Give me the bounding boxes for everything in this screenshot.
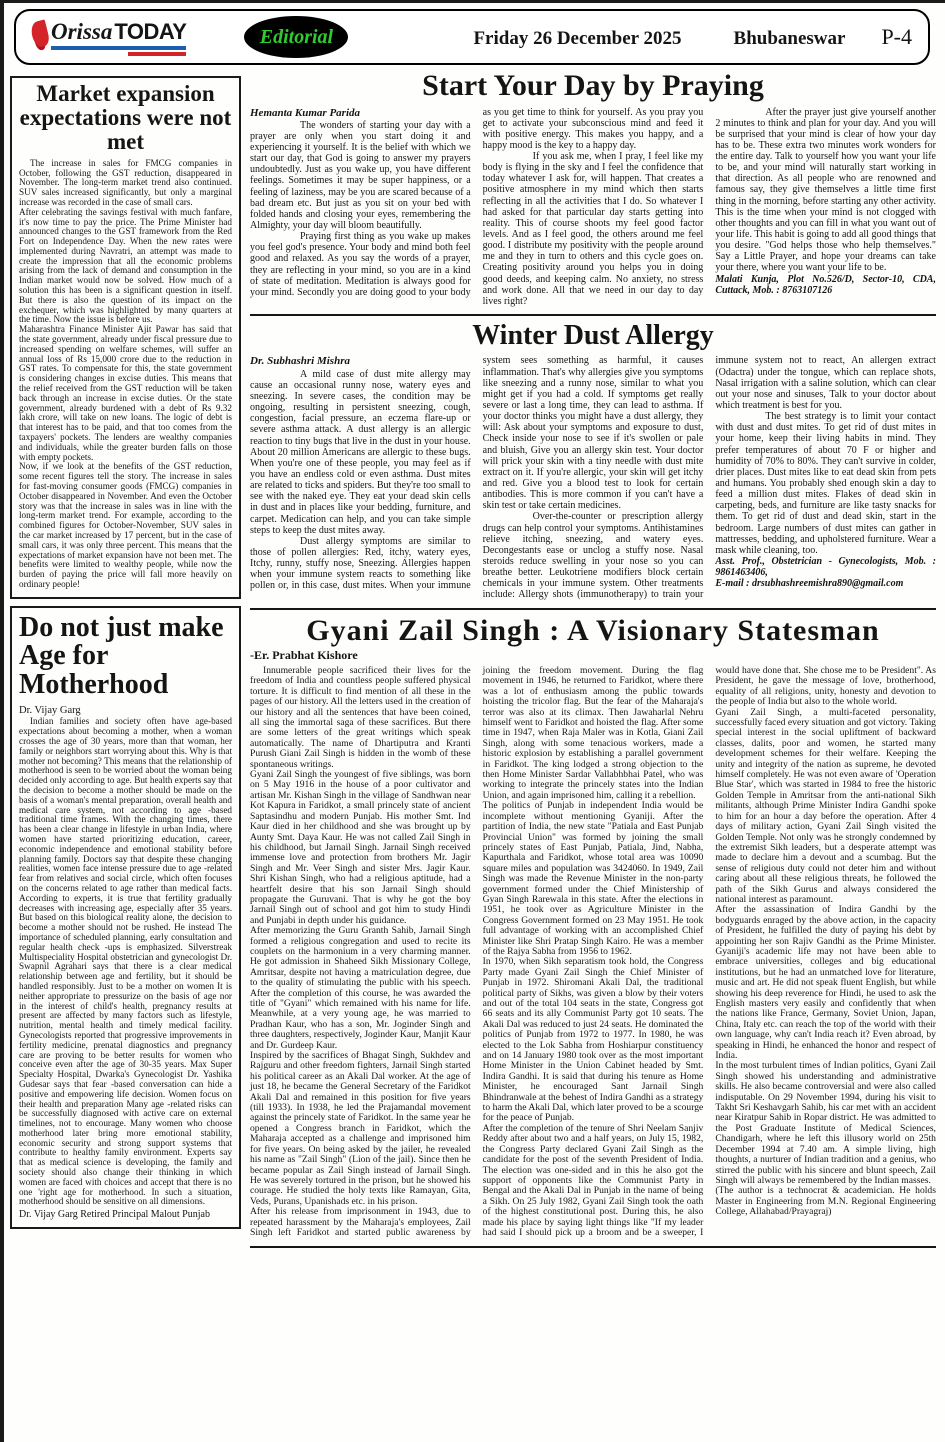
- logo-orissa-text: Orissa: [51, 19, 112, 45]
- article-body: Innumerable people sacrificed their live…: [250, 666, 936, 1238]
- paragraph: The politics of Punjab in independent In…: [483, 801, 704, 957]
- city-label: Bhubaneswar: [734, 28, 846, 50]
- paragraph: After celebrating the savings festival w…: [19, 208, 232, 326]
- article-zail-singh: Gyani Zail Singh : A Visionary Statesman…: [250, 615, 936, 1239]
- article-body: Dr. Subhashri Mishra A mild case of dust…: [250, 355, 936, 600]
- paragraph: In the most turbulent times of Indian po…: [715, 1061, 936, 1186]
- logo-blue-bar: [51, 46, 186, 50]
- paragraph: The wonders of starting your day with a …: [250, 120, 471, 231]
- editorial-label: Editorial: [260, 26, 333, 49]
- paragraph: Now, if we look at the benefits of the G…: [19, 462, 232, 589]
- article-title: Do not just make Age for Motherhood: [19, 614, 232, 700]
- paragraph: Asst. Prof., Obstetrician - Gynecologist…: [715, 556, 936, 578]
- article-author: Dr. Subhashri Mishra: [250, 355, 471, 367]
- article-author: -Er. Prabhat Kishore: [250, 648, 936, 663]
- article-motherhood: Do not just make Age for Motherhood Dr. …: [10, 606, 241, 1229]
- paragraph: The increase in sales for FMCG companies…: [19, 159, 232, 208]
- paragraph: If you ask me, when I pray, I feel like …: [483, 151, 704, 307]
- article-signature: Malati Kunja, Plot No.526/D, Sector-10, …: [715, 274, 936, 296]
- article-signature: Asst. Prof., Obstetrician - Gynecologist…: [715, 556, 936, 589]
- article-body: The increase in sales for FMCG companies…: [19, 159, 232, 590]
- editorial-badge: Editorial: [244, 16, 348, 58]
- masthead: Orissa TODAY Editorial Friday 26 Decembe…: [14, 9, 930, 65]
- paragraph: A mild case of dust mite allergy may cau…: [250, 369, 471, 536]
- masthead-right: Friday 26 December 2025 Bhubaneswar P-4: [473, 24, 912, 50]
- orissa-today-logo: Orissa TODAY: [32, 19, 186, 56]
- section-divider: [250, 608, 936, 610]
- article-title: Start Your Day by Praying: [250, 70, 936, 102]
- paragraph: (The author is a technocrat & academicia…: [715, 1186, 936, 1217]
- main-area: Start Your Day by Praying Hemanta Kumar …: [250, 70, 936, 1248]
- article-dust-allergy: Winter Dust Allergy Dr. Subhashri Mishra…: [250, 321, 936, 600]
- section-divider: [250, 314, 936, 316]
- article-author: Hemanta Kumar Parida: [250, 107, 471, 119]
- logo-tagline-strip: [128, 52, 186, 56]
- article-title: Winter Dust Allergy: [250, 321, 936, 350]
- paragraph: After the prayer just give yourself anot…: [715, 107, 936, 274]
- article-title: Market expansion expectations were not m…: [19, 82, 232, 154]
- left-column: Market expansion expectations were not m…: [10, 76, 241, 1229]
- paragraph: E-mail : drsubhashreemishra890@gmail.com: [715, 578, 936, 589]
- article-market-expansion: Market expansion expectations were not m…: [10, 76, 241, 599]
- page-number: P-4: [881, 24, 912, 50]
- paragraph: Gyani Zail Singh the youngest of five si…: [250, 770, 471, 926]
- article-author: Dr. Vijay Garg: [19, 705, 232, 716]
- logo-flower-icon: [29, 19, 51, 48]
- article-body: Hemanta Kumar Parida The wonders of star…: [250, 107, 936, 308]
- paragraph: After the assassination of Indira Gandhi…: [715, 905, 936, 1061]
- paragraph: Gyani Zail Singh, a multi-faceted person…: [715, 708, 936, 906]
- article-title: Gyani Zail Singh : A Visionary Statesman: [250, 615, 936, 647]
- paragraph: After memorizing the Guru Granth Sahib, …: [250, 926, 471, 1051]
- paragraph: Indian families and society often have a…: [19, 717, 232, 1207]
- bottom-rule: [250, 1246, 936, 1248]
- logo-line: Orissa TODAY: [51, 19, 186, 45]
- article-footer: Dr. Vijay Garg Retired Principal Malout …: [19, 1209, 232, 1220]
- paragraph: The best strategy is to limit your conta…: [715, 411, 936, 556]
- paragraph: Maharashtra Finance Minister Ajit Pawar …: [19, 325, 232, 462]
- logo-today-text: TODAY: [114, 19, 186, 45]
- issue-date: Friday 26 December 2025: [473, 28, 681, 50]
- paragraph: In 1970, when Sikh separatism took hold,…: [483, 957, 704, 1124]
- paragraph: Inspired by the sacrifices of Bhagat Sin…: [250, 1051, 471, 1207]
- paragraph: Innumerable people sacrificed their live…: [250, 666, 471, 770]
- article-praying: Start Your Day by Praying Hemanta Kumar …: [250, 70, 936, 307]
- newspaper-page: Orissa TODAY Editorial Friday 26 Decembe…: [0, 0, 945, 1442]
- logo-text-wrap: Orissa TODAY: [51, 19, 186, 56]
- article-body: Indian families and society often have a…: [19, 717, 232, 1207]
